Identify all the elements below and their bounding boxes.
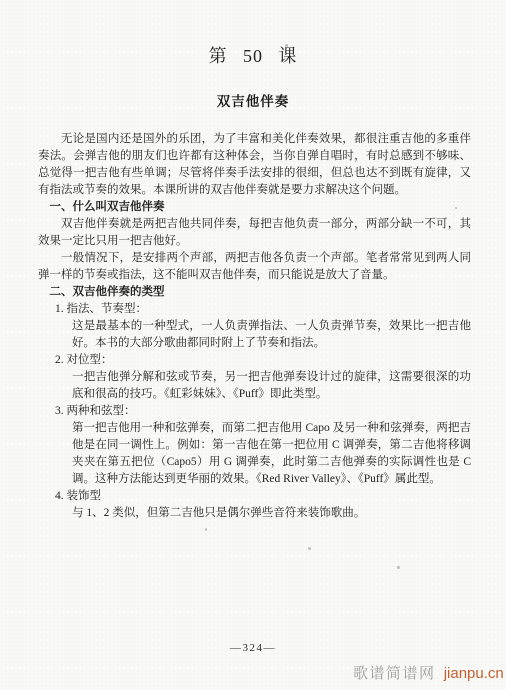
- list-item-label: 3. 两种和弦型：: [38, 403, 471, 420]
- scan-speck: [205, 528, 207, 531]
- site-watermark: 歌谱简谱网 jianpu.cn: [353, 662, 504, 683]
- section-1-paragraph: 一般情况下，是安排两个声部，两把吉他各负责一个声部。笔者常常见到两人同弹一样的节…: [38, 250, 471, 284]
- list-item-label: 4. 装饰型: [38, 488, 471, 505]
- lesson-body: 无论是国内还是国外的乐团，为了丰富和美化伴奏效果，都很注重吉他的多重伴奏法。会弹…: [38, 131, 471, 522]
- list-item-body: 第一把吉他用一种和弦弹奏，而第二把吉他用 Capo 及另一种和弦弹奏，两把吉他是…: [38, 420, 471, 488]
- section-1-paragraph: 双吉他伴奏就是两把吉他共同伴奏，每把吉他负责一部分，两部分缺一不可，其效果一定比…: [38, 216, 471, 250]
- section-2-heading: 二、双吉他伴奏的类型: [38, 284, 471, 301]
- intro-paragraph: 无论是国内还是国外的乐团，为了丰富和美化伴奏效果，都很注重吉他的多重伴奏法。会弹…: [38, 131, 471, 199]
- list-item-label: 2. 对位型：: [38, 352, 471, 369]
- scanned-book-page: 第 50 课 双吉他伴奏 无论是国内还是国外的乐团，为了丰富和美化伴奏效果，都很…: [0, 0, 506, 690]
- watermark-site-url: jianpu.cn: [444, 665, 504, 682]
- list-item-label: 1. 指法、节奏型：: [38, 301, 471, 318]
- page-number: —324—: [0, 642, 506, 654]
- section-1-heading: 一、什么叫双吉他伴奏: [38, 199, 471, 216]
- scan-speck: [285, 44, 288, 47]
- list-item: 2. 对位型： 一把吉他弹分解和弦或节奏，另一把吉他弹奏设计过的旋律，这需要很深…: [38, 352, 471, 403]
- lesson-title-heading: 双吉他伴奏: [0, 90, 506, 110]
- list-item-body: 一把吉他弹分解和弦或节奏，另一把吉他弹奏设计过的旋律，这需要很深的功底和很高的技…: [38, 369, 471, 403]
- list-item-body: 与 1、2 类似，但第二吉他只是偶尔弹些音符来装饰歌曲。: [38, 505, 471, 522]
- scan-speck: [308, 547, 311, 550]
- list-item-body: 这是最基本的一种型式，一人负责弹指法、一人负责弹节奏，效果比一把吉他好。本书的大…: [38, 318, 471, 352]
- lesson-number-heading: 第 50 课: [0, 42, 506, 68]
- scan-speck: [397, 566, 400, 569]
- watermark-site-name: 歌谱简谱网: [353, 665, 436, 682]
- list-item: 3. 两种和弦型： 第一把吉他用一种和弦弹奏，而第二把吉他用 Capo 及另一种…: [38, 403, 471, 488]
- list-item: 4. 装饰型 与 1、2 类似，但第二吉他只是偶尔弹些音符来装饰歌曲。: [38, 488, 471, 522]
- scan-speck: [455, 207, 457, 209]
- list-item: 1. 指法、节奏型： 这是最基本的一种型式，一人负责弹指法、一人负责弹节奏，效果…: [38, 301, 471, 352]
